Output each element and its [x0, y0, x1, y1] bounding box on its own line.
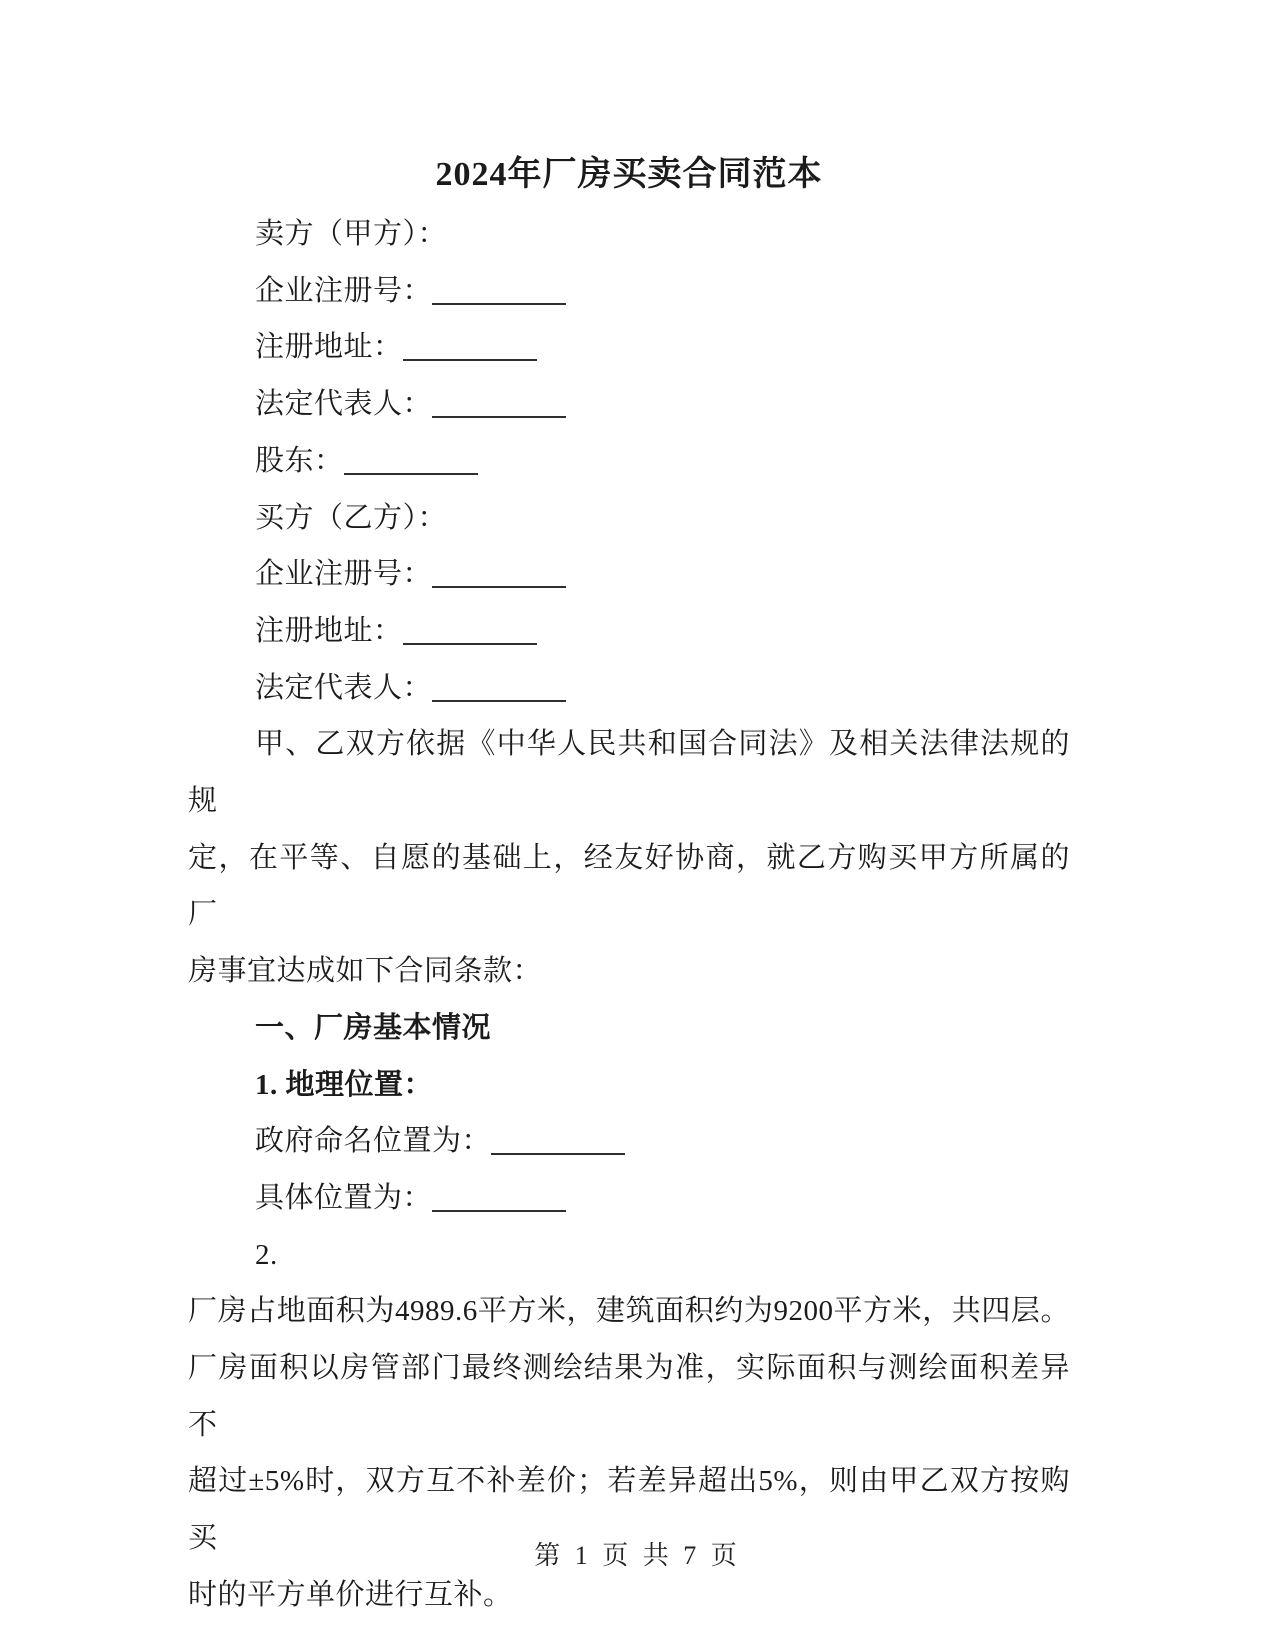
- page-footer: 第 1 页 共 7 页: [0, 1536, 1275, 1576]
- field-label: 股东：: [255, 445, 344, 477]
- fill-in-blank-line: [491, 1143, 625, 1155]
- field-label: 卖方（甲方）：: [255, 218, 447, 250]
- fill-in-blank-line: [403, 633, 537, 645]
- fill-in-blank-line: [403, 349, 537, 361]
- party-field-row: 股东：: [188, 433, 1070, 490]
- body-paragraph-line: 厂房面积以房管部门最终测绘结果为准，实际面积与测绘面积差异不: [188, 1340, 1070, 1453]
- field-label: 具体位置为：: [255, 1182, 432, 1214]
- field-label: 企业注册号：: [255, 275, 432, 307]
- party-field-row: 注册地址：: [188, 603, 1070, 660]
- field-label: 注册地址：: [255, 331, 403, 363]
- party-field-row: 企业注册号：: [188, 546, 1070, 603]
- document-title: 2024年厂房买卖合同范本: [188, 150, 1070, 200]
- field-label: 买方（乙方）：: [255, 502, 447, 534]
- location-field-row: 政府命名位置为：: [188, 1113, 1070, 1170]
- field-label: 企业注册号：: [255, 558, 432, 590]
- field-label: 注册地址：: [255, 615, 403, 647]
- party-field-row: 法定代表人：: [188, 660, 1070, 717]
- fill-in-blank-line: [432, 690, 566, 702]
- intro-paragraph-line: 甲、乙双方依据《中华人民共和国合同法》及相关法律法规的规: [188, 716, 1070, 829]
- party-field-row: 法定代表人：: [188, 376, 1070, 433]
- intro-paragraph-line: 定，在平等、自愿的基础上，经友好协商，就乙方购买甲方所属的厂: [188, 830, 1070, 943]
- fill-in-blank-line: [344, 463, 478, 475]
- fill-in-blank-line: [432, 406, 566, 418]
- item-number: 2.: [188, 1227, 1070, 1284]
- intro-paragraph-line: 房事宜达成如下合同条款：: [188, 943, 1070, 1000]
- document-content: 2024年厂房买卖合同范本 卖方（甲方）： 企业注册号： 注册地址： 法定代表人…: [0, 0, 1275, 1624]
- body-paragraph-line: 厂房占地面积为4989.6平方米，建筑面积约为9200平方米，共四层。: [188, 1283, 1070, 1340]
- party-field-row: 卖方（甲方）：: [188, 206, 1070, 263]
- section-heading: 一、厂房基本情况: [188, 1000, 1070, 1057]
- party-field-row: 买方（乙方）：: [188, 490, 1070, 547]
- party-field-row: 企业注册号：: [188, 263, 1070, 320]
- subsection-heading: 1. 地理位置：: [188, 1057, 1070, 1114]
- field-label: 法定代表人：: [255, 672, 432, 704]
- fill-in-blank-line: [432, 1200, 566, 1212]
- fill-in-blank-line: [432, 293, 566, 305]
- party-field-row: 注册地址：: [188, 319, 1070, 376]
- field-label: 政府命名位置为：: [255, 1125, 491, 1157]
- location-field-row: 具体位置为：: [188, 1170, 1070, 1227]
- fill-in-blank-line: [432, 576, 566, 588]
- field-label: 法定代表人：: [255, 388, 432, 420]
- document-page: 2024年厂房买卖合同范本 卖方（甲方）： 企业注册号： 注册地址： 法定代表人…: [0, 0, 1275, 1650]
